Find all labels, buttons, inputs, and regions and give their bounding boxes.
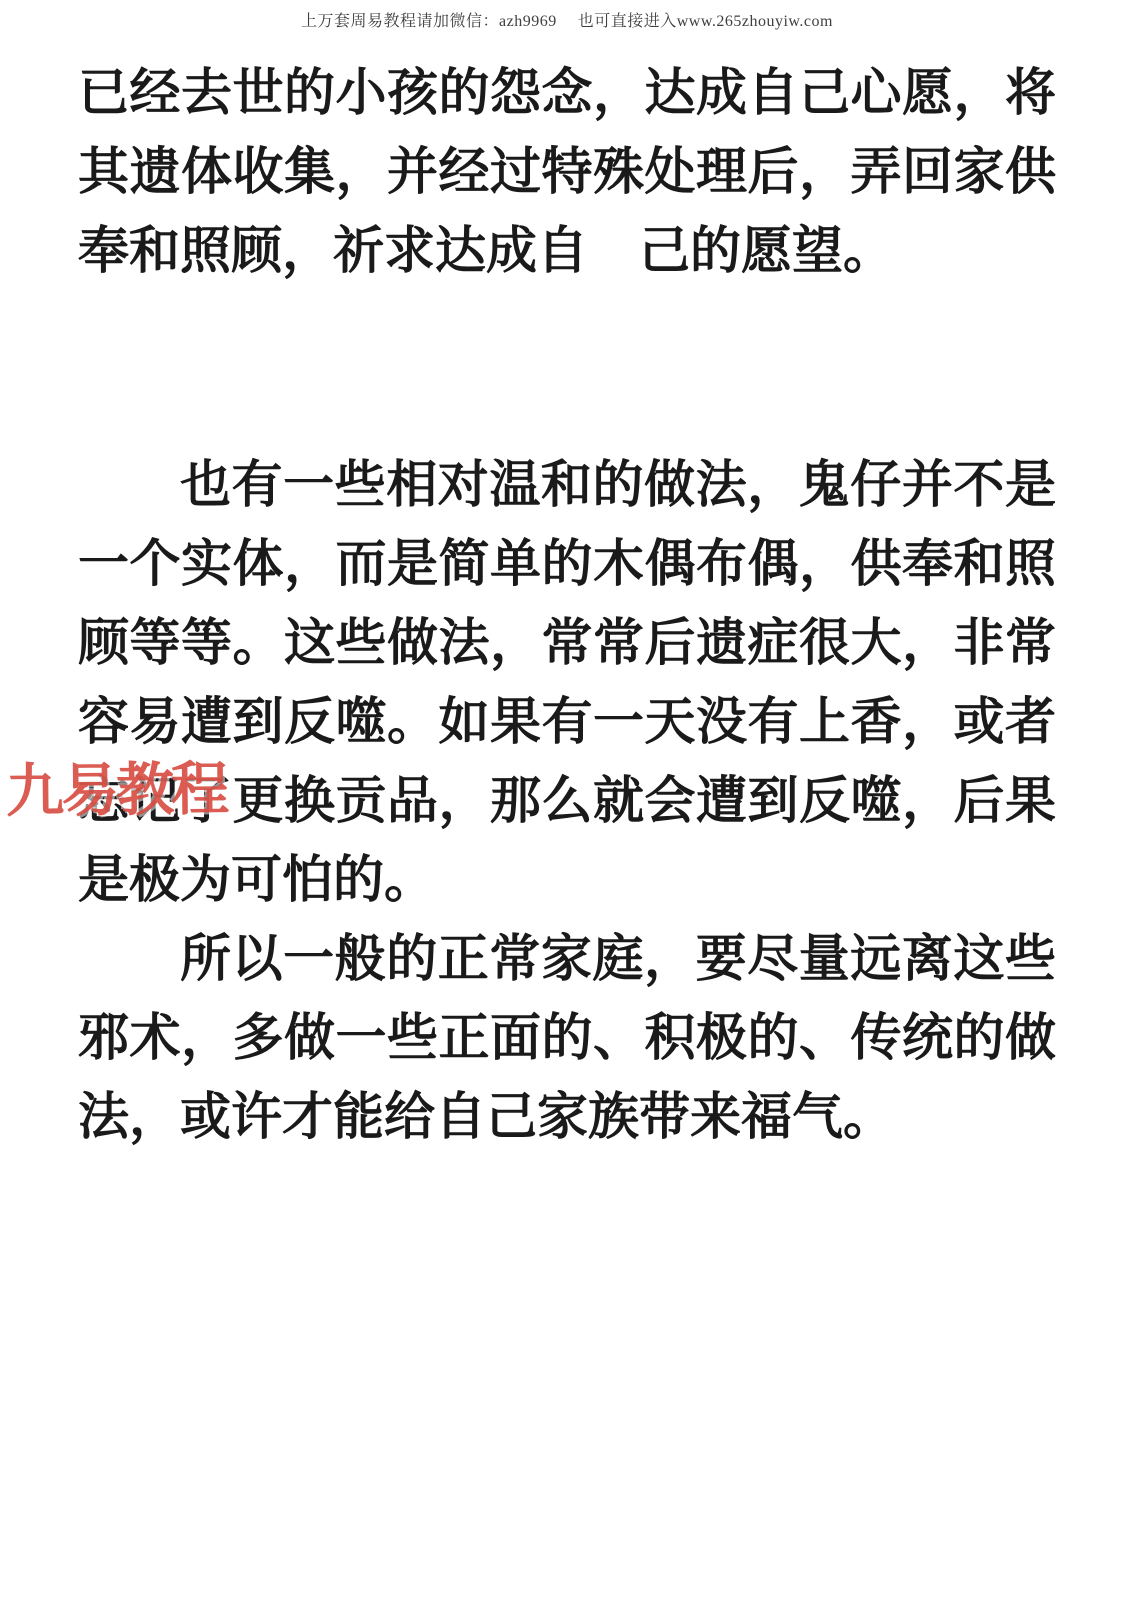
header-notice: 上万套周易教程请加微信：azh9969 也可直接进入www.265zhouyiw…	[0, 8, 1134, 31]
paragraph-2: 也有一些相对温和的做法，鬼仔并不是 一个实体，而是简单的木偶布偶，供奉和照 顾等…	[78, 445, 1056, 919]
text-line: 所以一般的正常家庭，要尽量远离这些	[78, 919, 1056, 998]
text-line: 其遗体收集，并经过特殊处理后，弄回家供	[78, 132, 1056, 211]
text-line: 是极为可怕的。	[78, 840, 1056, 919]
text-line: 忘记了更换贡品，那么就会遭到反噬，后果	[78, 761, 1056, 840]
text-line: 一个实体，而是简单的木偶布偶，供奉和照	[78, 524, 1056, 603]
text-line: 顾等等。这些做法，常常后遗症很大，非常	[78, 603, 1056, 682]
text-line: 已经去世的小孩的怨念，达成自己心愿，将	[78, 53, 1056, 132]
text-line: 奉和照顾，祈求达成自 己的愿望。	[78, 211, 1056, 290]
text-line: 容易遭到反噬。如果有一天没有上香，或者	[78, 682, 1056, 761]
text-line: 法，或许才能给自己家族带来福气。	[78, 1077, 1056, 1156]
paragraph-1: 已经去世的小孩的怨念，达成自己心愿，将 其遗体收集，并经过特殊处理后，弄回家供 …	[78, 53, 1056, 290]
document-body: 已经去世的小孩的怨念，达成自己心愿，将 其遗体收集，并经过特殊处理后，弄回家供 …	[78, 53, 1056, 1156]
document-page: 上万套周易教程请加微信：azh9969 也可直接进入www.265zhouyiw…	[0, 0, 1134, 1599]
text-line: 邪术，多做一些正面的、积极的、传统的做	[78, 998, 1056, 1077]
text-line: 也有一些相对温和的做法，鬼仔并不是	[78, 445, 1056, 524]
paragraph-3: 所以一般的正常家庭，要尽量远离这些 邪术，多做一些正面的、积极的、传统的做 法，…	[78, 919, 1056, 1156]
